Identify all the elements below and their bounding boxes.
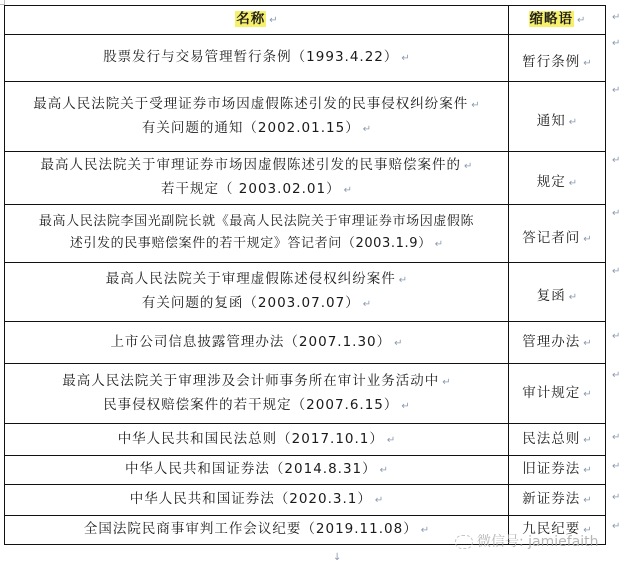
name-cell: 最高人民法院关于审理涉及会计师事务所在审计业务活动中↵民事侵权赔偿案件的若干规定… xyxy=(5,364,509,424)
abbr-text: 审计规定 xyxy=(522,385,580,401)
abbr-cell: 民法总则↵ xyxy=(509,424,606,456)
name-cell: 中华人民共和国民法总则（2017.10.1）↵ xyxy=(5,424,509,456)
row-end-mark-icon: ↵ xyxy=(612,38,620,49)
abbr-cell: 答记者问↵ xyxy=(509,205,606,263)
paragraph-mark-icon: ↵ xyxy=(421,525,429,536)
abbr-text: 答记者问 xyxy=(522,230,580,246)
name-line: 中华人民共和国证券法（2020.3.1） xyxy=(130,491,372,507)
paragraph-mark-icon: ↵ xyxy=(583,435,591,446)
table-row: 最高人民法院李国光副院长就《最高人民法院关于审理证券市场因虚假陈述引发的民事赔偿… xyxy=(5,205,606,263)
paragraph-mark-icon: ↵ xyxy=(363,124,371,135)
paragraph-mark-icon: ↵ xyxy=(387,435,395,446)
abbr-text: 旧证券法 xyxy=(522,461,580,477)
row-end-mark-icon: ↵ xyxy=(612,266,620,277)
paragraph-mark-icon: ↵ xyxy=(464,161,472,172)
wechat-watermark: 微信号: jamiefaith xyxy=(455,531,599,551)
document-end-mark-icon: ↓ xyxy=(333,552,341,563)
name-line: 股票发行与交易管理暂行条例（1993.4.22） xyxy=(103,49,398,65)
abbr-text: 新证券法 xyxy=(522,491,580,507)
paragraph-mark-icon: ↵ xyxy=(583,58,591,69)
header-abbr-cell: 缩略语↵ xyxy=(509,6,606,35)
name-line: 最高人民法院关于审理虚假陈述侵权纠纷案件 xyxy=(106,271,396,287)
table-row: 中华人民共和国证券法（2014.8.31）↵ 旧证券法↵ xyxy=(5,456,606,485)
abbr-cell: 管理办法↵ xyxy=(509,322,606,364)
name-cell: 股票发行与交易管理暂行条例（1993.4.22）↵ xyxy=(5,35,509,82)
paragraph-mark-icon: ↵ xyxy=(583,234,591,245)
abbr-text: 管理办法 xyxy=(522,334,580,350)
row-end-mark-icon: ↵ xyxy=(612,12,620,23)
name-line: 全国法院民商事审判工作会议纪要（2019.11.08） xyxy=(84,521,418,537)
name-cell: 上市公司信息披露管理办法（2007.1.30）↵ xyxy=(5,322,509,364)
name-line: 民事侵权赔偿案件的若干规定（2007.6.15） xyxy=(103,397,398,413)
name-cell: 最高人民法院关于审理证券市场因虚假陈述引发的民事赔偿案件的↵若干规定（ 2003… xyxy=(5,152,509,205)
name-line: 中华人民共和国民法总则（2017.10.1） xyxy=(118,431,384,447)
abbr-text: 规定 xyxy=(537,174,566,190)
paragraph-mark-icon: ↵ xyxy=(577,15,585,26)
table-header-row: 名称↵ 缩略语↵ xyxy=(5,6,606,35)
row-end-mark-icon: ↵ xyxy=(612,461,620,472)
header-name: 名称 xyxy=(235,11,266,27)
paragraph-mark-icon: ↵ xyxy=(569,292,577,303)
table-row: 上市公司信息披露管理办法（2007.1.30）↵ 管理办法↵ xyxy=(5,322,606,364)
row-end-mark-icon: ↵ xyxy=(612,492,620,503)
name-cell: 最高人民法院李国光副院长就《最高人民法院关于审理证券市场因虚假陈述引发的民事赔偿… xyxy=(5,205,509,263)
abbr-cell: 复函↵ xyxy=(509,263,606,322)
paragraph-mark-icon: ↵ xyxy=(363,299,371,310)
paragraph-mark-icon: ↵ xyxy=(583,338,591,349)
paragraph-mark-icon: ↵ xyxy=(401,53,409,64)
name-line: 中华人民共和国证券法（2014.8.31） xyxy=(125,461,377,477)
name-line: 述引发的民事赔偿案件的若干规定》答记者问（2003.1.9） xyxy=(70,236,432,251)
row-end-mark-icon: ↵ xyxy=(612,85,620,96)
abbr-cell: 旧证券法↵ xyxy=(509,456,606,485)
name-line: 最高人民法院李国光副院长就《最高人民法院关于审理证券市场因虚假陈 xyxy=(39,214,474,229)
name-line: 若干规定（ 2003.02.01） xyxy=(161,181,341,197)
name-line: 最高人民法院关于审理涉及会计师事务所在审计业务活动中 xyxy=(62,373,439,389)
abbr-text: 暂行条例 xyxy=(522,54,580,70)
name-line: 上市公司信息披露管理办法（2007.1.30） xyxy=(110,334,391,350)
paragraph-mark-icon: ↵ xyxy=(471,100,479,111)
paragraph-mark-icon: ↵ xyxy=(394,338,402,349)
paragraph-mark-icon: ↵ xyxy=(380,465,388,476)
paragraph-mark-icon: ↵ xyxy=(269,15,277,26)
table-row: 中华人民共和国民法总则（2017.10.1）↵ 民法总则↵ xyxy=(5,424,606,456)
name-line: 最高人民法院关于审理证券市场因虚假陈述引发的民事赔偿案件的 xyxy=(41,157,462,173)
row-end-mark-icon: ↵ xyxy=(612,208,620,219)
paragraph-mark-icon: ↵ xyxy=(442,377,450,388)
paragraph-mark-icon: ↵ xyxy=(344,185,352,196)
name-line: 最高人民法院关于受理证券市场因虚假陈述引发的民事侵权纠纷案件 xyxy=(33,96,468,112)
name-cell: 最高人民法院关于受理证券市场因虚假陈述引发的民事侵权纠纷案件↵有关问题的通知（2… xyxy=(5,82,509,152)
paragraph-mark-icon: ↵ xyxy=(569,117,577,128)
name-cell: 中华人民共和国证券法（2020.3.1）↵ xyxy=(5,485,509,516)
header-name-cell: 名称↵ xyxy=(5,6,509,35)
abbr-text: 复函 xyxy=(537,288,566,304)
header-abbr: 缩略语 xyxy=(529,11,575,27)
name-cell: 最高人民法院关于审理虚假陈述侵权纠纷案件↵有关问题的复函（2003.07.07）… xyxy=(5,263,509,322)
table-row: 股票发行与交易管理暂行条例（1993.4.22）↵ 暂行条例↵ xyxy=(5,35,606,82)
name-line: 有关问题的复函（2003.07.07） xyxy=(142,295,360,311)
abbreviation-table: 名称↵ 缩略语↵ 股票发行与交易管理暂行条例（1993.4.22）↵ 暂行条例↵… xyxy=(4,5,606,545)
row-end-mark-icon: ↵ xyxy=(612,370,620,381)
row-end-mark-icon: ↵ xyxy=(612,521,620,532)
table-row: 中华人民共和国证券法（2020.3.1）↵ 新证券法↵ xyxy=(5,485,606,516)
table-row: 最高人民法院关于受理证券市场因虚假陈述引发的民事侵权纠纷案件↵有关问题的通知（2… xyxy=(5,82,606,152)
paragraph-mark-icon: ↵ xyxy=(583,465,591,476)
row-end-mark-icon: ↵ xyxy=(612,155,620,166)
abbr-cell: 审计规定↵ xyxy=(509,364,606,424)
row-end-mark-icon: ↵ xyxy=(612,432,620,443)
name-cell: 中华人民共和国证券法（2014.8.31）↵ xyxy=(5,456,509,485)
table-row: 最高人民法院关于审理证券市场因虚假陈述引发的民事赔偿案件的↵若干规定（ 2003… xyxy=(5,152,606,205)
abbr-cell: 新证券法↵ xyxy=(509,485,606,516)
row-end-mark-icon: ↵ xyxy=(612,331,620,342)
paragraph-mark-icon: ↵ xyxy=(401,401,409,412)
name-cell: 全国法院民商事审判工作会议纪要（2019.11.08）↵ xyxy=(5,516,509,545)
abbr-text: 民法总则 xyxy=(522,431,580,447)
table-row: 最高人民法院关于审理涉及会计师事务所在审计业务活动中↵民事侵权赔偿案件的若干规定… xyxy=(5,364,606,424)
watermark-text: 微信号: jamiefaith xyxy=(477,534,599,550)
abbr-text: 通知 xyxy=(537,113,566,129)
name-line: 有关问题的通知（2002.01.15） xyxy=(142,120,360,136)
paragraph-mark-icon: ↵ xyxy=(375,495,383,506)
table-row: 最高人民法院关于审理虚假陈述侵权纠纷案件↵有关问题的复函（2003.07.07）… xyxy=(5,263,606,322)
paragraph-mark-icon: ↵ xyxy=(583,389,591,400)
paragraph-mark-icon: ↵ xyxy=(399,275,407,286)
paragraph-mark-icon: ↵ xyxy=(583,495,591,506)
abbr-cell: 暂行条例↵ xyxy=(509,35,606,82)
wechat-icon xyxy=(455,535,473,549)
paragraph-mark-icon: ↵ xyxy=(569,178,577,189)
abbr-cell: 通知↵ xyxy=(509,82,606,152)
paragraph-mark-icon: ↵ xyxy=(435,239,443,250)
abbr-cell: 规定↵ xyxy=(509,152,606,205)
